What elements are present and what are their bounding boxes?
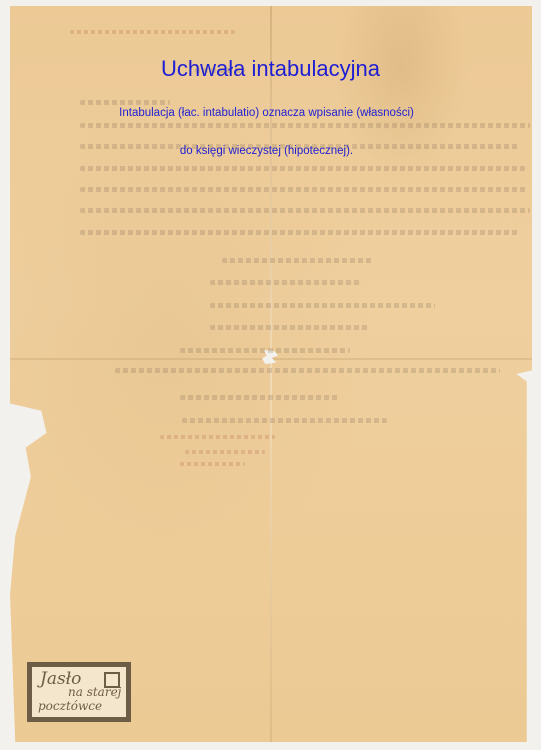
jaslo-postcard-logo: Jasło na starej pocztówce: [27, 662, 131, 722]
caption-line-1: Intabulacja (łac. intabulatio) oznacza w…: [0, 107, 537, 119]
postage-stamp-icon: [104, 672, 120, 688]
page-title: Uchwała intabulacyjna: [0, 56, 541, 82]
logo-frame: Jasło na starej pocztówce: [32, 667, 126, 717]
logo-text-line-3: pocztówce: [38, 700, 102, 712]
caption-line-2: do księgi wieczystej (hipotecznej).: [0, 145, 537, 157]
